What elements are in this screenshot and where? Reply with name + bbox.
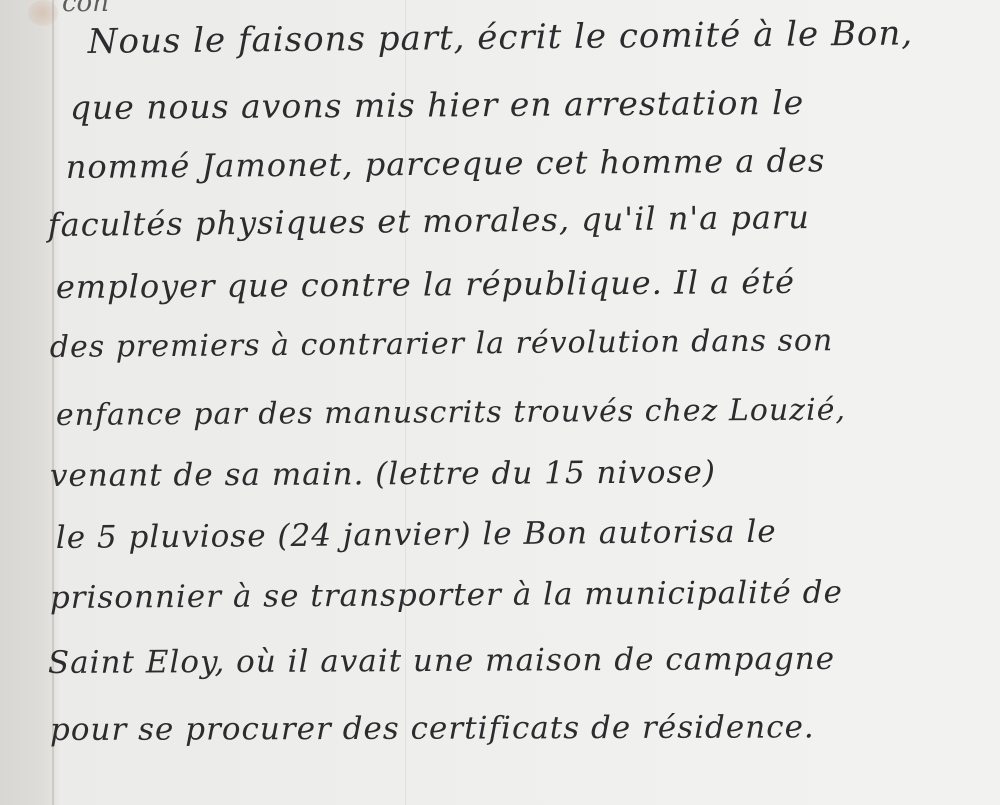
manuscript-line-10: prisonnier à se transporter à la municip…	[50, 574, 843, 616]
manuscript-line-1: Nous le faisons part, écrit le comité à …	[88, 13, 914, 62]
manuscript-line-5: employer que contre la république. Il a …	[56, 263, 795, 306]
manuscript-line-7: enfance par des manuscrits trouvés chez …	[56, 392, 846, 433]
manuscript-line-3: nommé Jamonet, parceque cet homme a des	[66, 141, 826, 186]
manuscript-line-9: le 5 pluviose (24 janvier) le Bon autori…	[56, 514, 777, 556]
manuscript-line-6: des premiers à contrarier la révolution …	[50, 323, 834, 365]
margin-fold-line	[52, 0, 54, 805]
manuscript-line-12: pour se procurer des certificats de rési…	[50, 709, 815, 748]
manuscript-line-2: que nous avons mis hier en arrestation l…	[70, 83, 805, 127]
manuscript-line-4: facultés physiques et morales, qu'il n'a…	[48, 198, 810, 244]
manuscript-line-8: venant de sa main. (lettre du 15 nivose)	[50, 455, 716, 494]
manuscript-line-11: Saint Eloy, où il avait une maison de ca…	[48, 641, 835, 681]
manuscript-page: con Nous le faisons part, écrit le comit…	[0, 0, 1000, 805]
cropped-text-fragment: con	[62, 0, 109, 18]
